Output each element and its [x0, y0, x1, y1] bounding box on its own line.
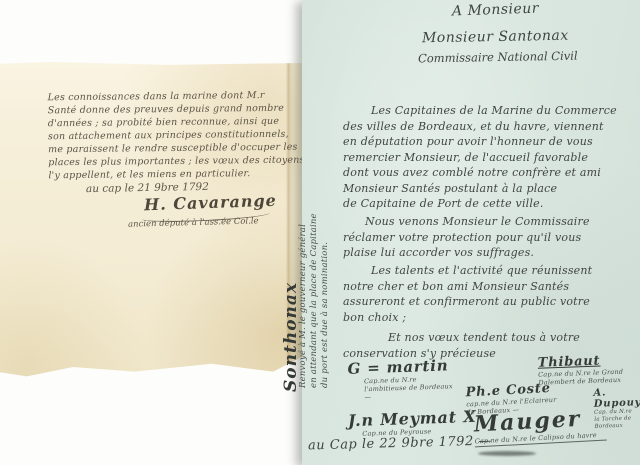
manuscript-line: remercier Monsieur, de l'accueil favorab…	[343, 150, 635, 166]
manuscript-line: dont vous avez comblé notre confrère et …	[343, 165, 635, 181]
left-letter-signature-title: ancien député à l'ass.ée Col.le	[128, 216, 259, 229]
left-letter-body: Les connoissances dans la marine dont M.…	[48, 89, 291, 183]
signature-caption: Cap.ne du N.re l'ambitieuse de Bordeaux …	[364, 374, 457, 401]
manuscript-line: bon choix ;	[343, 310, 635, 326]
ink-smudge	[478, 451, 536, 456]
manuscript-line: notre cher et bon ami Monsieur Santés	[343, 279, 635, 295]
signature-block-martin: G = martin Cap.ne du N.re l'ambitieuse d…	[347, 356, 456, 402]
manuscript-line: assureront et confirmeront au public vot…	[343, 294, 635, 310]
address-line-to: A Monsieur	[452, 0, 540, 19]
manuscript-line: de Capitaine de Port de cette ville.	[343, 196, 635, 212]
right-letter-paragraph-2: Nous venons Monsieur le Commissaire récl…	[343, 214, 635, 261]
manuscript-line: en députation pour avoir l'honneur de vo…	[343, 134, 635, 150]
manuscript-line: places les plus importantes ; les vœux d…	[48, 154, 290, 170]
margin-note-line: du port est due à sa nomination.	[320, 92, 331, 388]
left-letter-page: Les connoissances dans la marine dont M.…	[0, 62, 304, 378]
address-line-recipient: Monsieur Santonax	[422, 28, 569, 47]
scanned-manuscripts: { "left_letter": { "body_lines": [ "Les …	[0, 0, 640, 465]
right-letter-paragraph-1: Les Capitaines de la Marine du Commerce …	[343, 103, 635, 212]
right-letter-dateline: au Cap le 22 9bre 1792 —	[308, 434, 492, 454]
manuscript-line: Les talents et l'activité que réunissent	[343, 263, 635, 279]
manuscript-line: des villes de Bordeaux, et du havre, vie…	[343, 119, 635, 135]
right-letter-page: A Monsieur Monsieur Santonax Commissaire…	[302, 0, 640, 465]
address-line-title: Commissaire National Civil	[418, 49, 578, 66]
manuscript-line: l'y appellent, et les miens en particuli…	[48, 167, 290, 183]
manuscript-line: Les Capitaines de la Marine du Commerce	[343, 103, 635, 119]
left-letter-signature: H. Cavarange	[144, 191, 277, 215]
manuscript-line: Monsieur Santés postulant à la place	[343, 181, 635, 197]
right-letter-paragraph-3: Les talents et l'activité que réunissent…	[343, 263, 635, 325]
margin-signature-sonthonax: Sonthonax	[281, 272, 321, 392]
manuscript-line: plaise lui accorder vos suffrages.	[343, 245, 635, 261]
signature-block-mauger: Mauger Cap.ne du N.re le Calipso du havr…	[473, 405, 607, 448]
manuscript-line: Nous venons Monsieur le Commissaire	[343, 214, 635, 230]
manuscript-line: réclamer votre protection pour qu'il vou…	[343, 230, 635, 246]
manuscript-line: Et nos vœux tendent tous à votre	[343, 330, 635, 346]
signature-name: G = martin	[347, 356, 456, 378]
